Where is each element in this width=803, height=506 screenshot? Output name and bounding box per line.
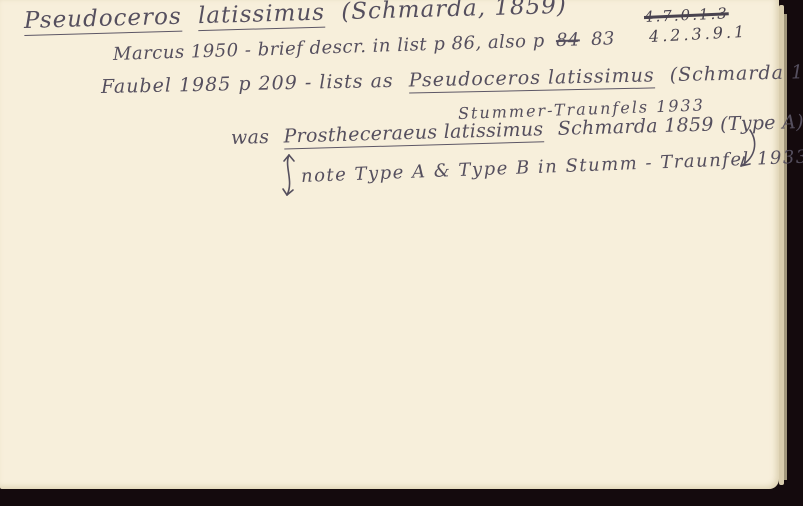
species-authority: (Schmarda, 1859) bbox=[341, 0, 567, 25]
faubel-species-name: Pseudoceros latissimus bbox=[408, 64, 654, 93]
faubel-authority: (Schmarda 1859) bbox=[669, 60, 803, 86]
struck-page-number: 84 bbox=[556, 29, 581, 51]
scan-background: Pseudoceros latissimus (Schmarda, 1859) … bbox=[0, 0, 803, 506]
synonym-prefix: was bbox=[231, 126, 270, 149]
corrected-page-number: 83 bbox=[591, 28, 616, 50]
species-epithet: latissimus bbox=[198, 0, 326, 31]
genus-name: Pseudoceros bbox=[24, 4, 183, 36]
faubel-citation-text: Faubel 1985 p 209 - lists as bbox=[101, 70, 394, 98]
vertical-double-arrow-icon bbox=[279, 151, 299, 199]
